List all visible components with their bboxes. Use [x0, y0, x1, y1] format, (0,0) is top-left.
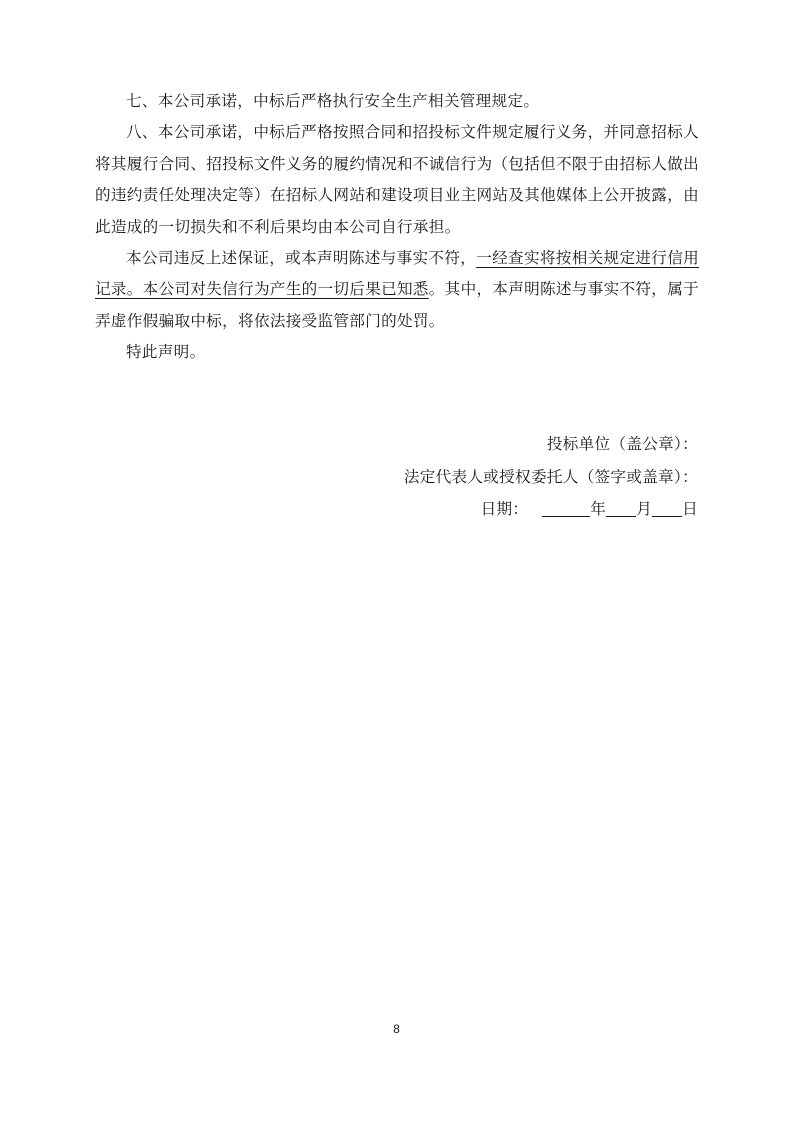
violation-statement: 本公司违反上述保证，或本声明陈述与事实不符，一经查实将按相关规定进行信用记录。本… [95, 243, 699, 337]
month-label: 月 [636, 500, 652, 518]
document-page: 七、本公司承诺，中标后严格执行安全生产相关管理规定。 八、本公司承诺，中标后严格… [0, 0, 793, 1122]
date-label: 日期： [481, 500, 529, 518]
clause-eight: 八、本公司承诺，中标后严格按照合同和招投标文件规定履行义务，并同意招标人将其履行… [95, 117, 699, 243]
violation-text-before: 本公司违反上述保证，或本声明陈述与事实不符， [126, 249, 476, 267]
declaration-body: 七、本公司承诺，中标后严格执行安全生产相关管理规定。 八、本公司承诺，中标后严格… [95, 86, 699, 369]
day-label: 日 [682, 500, 698, 518]
page-number: 8 [0, 1022, 793, 1036]
year-label: 年 [590, 500, 606, 518]
day-blank [652, 498, 682, 517]
month-blank [606, 498, 636, 517]
year-blank [542, 498, 590, 517]
representative-signature-label: 法定代表人或授权委托人（签字或盖章）： [404, 461, 698, 494]
signature-block: 投标单位（盖公章）： 法定代表人或授权委托人（签字或盖章）： 日期：年月日 [404, 428, 698, 526]
closing-statement: 特此声明。 [95, 337, 699, 368]
bidder-seal-label: 投标单位（盖公章）： [404, 428, 698, 461]
date-line: 日期：年月日 [404, 493, 698, 526]
clause-seven: 七、本公司承诺，中标后严格执行安全生产相关管理规定。 [95, 86, 699, 117]
